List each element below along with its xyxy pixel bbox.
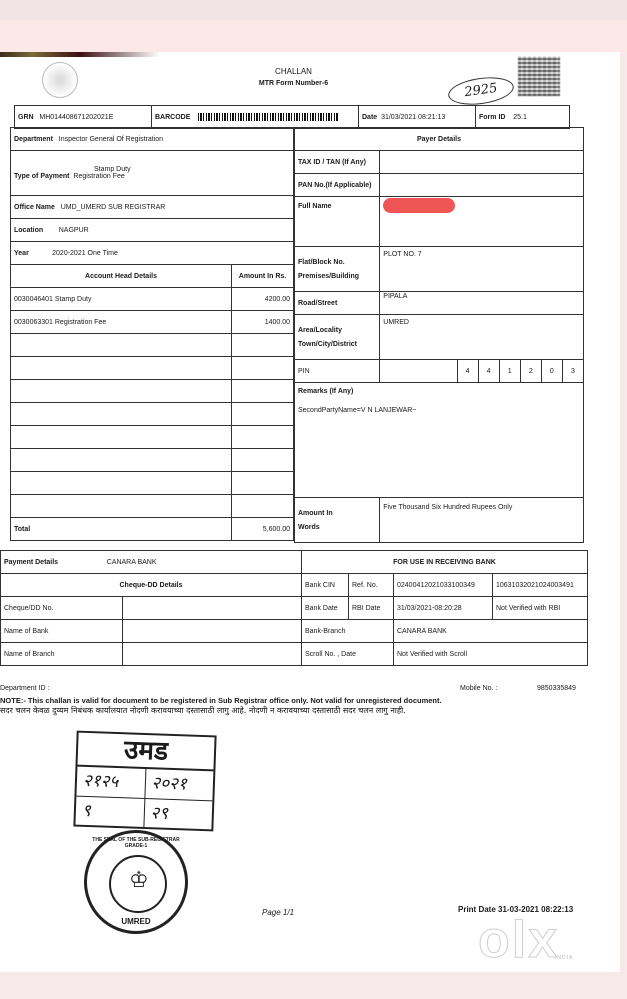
bank-name-value (123, 620, 302, 643)
grn-value: MH014408671202021E (39, 114, 113, 121)
barcode-label: BARCODE (155, 114, 190, 121)
payment-type-row: Stamp Duty Type of Payment Registration … (11, 151, 294, 196)
sub-registrar-seal: THE SEAL OF THE SUB-REGISTRAR GRADE-1 ♔ … (84, 830, 188, 934)
grn-cell: GRN MH014408671202021E (15, 106, 152, 129)
cheque-dd-title: Cheque-DD Details (1, 574, 302, 597)
full-name-value (380, 197, 584, 247)
location-row: Location NAGPUR (11, 219, 294, 242)
empty-row (11, 495, 294, 518)
payment-details-table: Payment Details CANARA BANK FOR USE IN R… (0, 550, 588, 666)
stamp-row: ९ २९ (75, 797, 212, 831)
pin-digit: 1 (499, 360, 520, 383)
total-value: 5,600.00 (232, 518, 294, 541)
area-town-label: Area/Locality Town/City/District (295, 315, 380, 360)
account-amount: 1400.00 (232, 311, 294, 334)
tax-id-value (380, 151, 584, 174)
location-label: Location (14, 227, 43, 234)
empty-row (11, 449, 294, 472)
office-stamp: उमड २१२५ २०२१ ९ २९ (73, 731, 216, 832)
pink-band (0, 20, 627, 52)
page-number: Page 1/1 (262, 908, 294, 917)
account-row: 0030063301 Registration Fee 1400.00 (11, 311, 294, 334)
pin-digit: 4 (457, 360, 478, 383)
location-value: NAGPUR (59, 227, 89, 234)
stamp-row: २१२५ २०२१ (76, 767, 213, 802)
date-label: Date (362, 114, 377, 121)
total-label: Total (11, 518, 232, 541)
cheque-no-value (123, 597, 302, 620)
paper-edge-shadow (0, 52, 160, 57)
remarks-label: Remarks (If Any) (298, 388, 580, 395)
payer-details-table: Payer Details TAX ID / TAN (If Any) PAN … (294, 127, 584, 543)
full-name-label: Full Name (295, 197, 380, 247)
department-id-label: Department ID : (0, 685, 49, 692)
challan-title: CHALLAN (0, 67, 607, 76)
office-label: Office Name (14, 204, 55, 211)
town-label: Town/City/District (298, 341, 376, 348)
scroll-label: Scroll No. , Date (302, 643, 394, 666)
pan-label: PAN No.(If Applicable) (295, 174, 380, 197)
payment-details-label: Payment Details (4, 559, 58, 566)
stamp-cell: २०२१ (145, 769, 213, 800)
amount-words-value: Five Thousand Six Hundred Rupees Only (380, 498, 584, 543)
empty-row (11, 357, 294, 380)
bank-date-label: Bank Date (302, 597, 349, 620)
pin-label: PIN (295, 360, 380, 383)
bank-date-value: 31/03/2021-08:20:28 (394, 597, 493, 620)
qr-code-icon (518, 56, 560, 96)
stamp-cell: २९ (144, 799, 212, 830)
stamp-heading: उमड (77, 733, 214, 772)
form-number: MTR Form Number-6 (0, 80, 607, 87)
account-row: 0030046401 Stamp Duty 4200.00 (11, 288, 294, 311)
empty-row (11, 472, 294, 495)
grn-label: GRN (18, 114, 34, 121)
office-row: Office Name UMD_UMERD SUB REGISTRAR (11, 196, 294, 219)
pan-value (380, 174, 584, 197)
seal-bottom-text: UMRED (87, 917, 185, 926)
ashoka-emblem-icon: ♔ (129, 867, 149, 893)
flat-label: Flat/Block No. (298, 259, 376, 266)
olx-watermark-region: INDIA (555, 955, 573, 961)
payment-type-label: Type of Payment (14, 173, 70, 180)
road-value: PIPALA (380, 292, 584, 315)
payment-details-row: Payment Details CANARA BANK (1, 551, 302, 574)
ref-no-1: 02400412021033100349 (394, 574, 493, 597)
form-id-value: 25.1 (513, 114, 527, 121)
pin-digit: 0 (541, 360, 562, 383)
year-label: Year (14, 250, 29, 257)
department-row: Department Inspector General Of Registra… (11, 128, 294, 151)
stamp-cell: ९ (75, 797, 144, 828)
bank-branch-label: Bank-Branch (302, 620, 394, 643)
year-value: 2020-2021 One Time (52, 250, 118, 257)
office-value: UMD_UMERD SUB REGISTRAR (61, 204, 166, 211)
bank-name-label: Name of Bank (1, 620, 123, 643)
form-id-cell: Form ID 25.1 (476, 106, 570, 129)
empty-row (11, 426, 294, 449)
amount-words-label: Amount In Words (295, 498, 380, 543)
pin-digit: 4 (478, 360, 499, 383)
pin-row: PIN 4 4 1 2 0 3 (295, 360, 584, 383)
mobile-label: Mobile No. : (460, 685, 497, 692)
empty-row (11, 334, 294, 357)
area-label: Area/Locality (298, 327, 376, 334)
olx-watermark-icon: olx (478, 910, 559, 970)
remarks-cell: Remarks (If Any) SecondPartyName=V N LAN… (295, 383, 584, 498)
tax-id-label: TAX ID / TAN (If Any) (295, 151, 380, 174)
rbi-date-value: Not Verified with RBI (493, 597, 588, 620)
ref-no-label: Ref. No. (349, 574, 394, 597)
payer-details-title: Payer Details (295, 128, 584, 151)
account-amount: 4200.00 (232, 288, 294, 311)
top-bar (0, 0, 627, 20)
flat-value: PLOT NO. 7 (380, 247, 584, 292)
top-row-table: GRN MH014408671202021E BARCODE Date 31/0… (14, 105, 570, 129)
account-head: 0030063301 Registration Fee (11, 311, 232, 334)
payment-bank: CANARA BANK (107, 559, 157, 566)
ref-no-2: 10631032021024003491 (493, 574, 588, 597)
date-cell: Date 31/03/2021 08:21:13 (359, 106, 476, 129)
rbi-date-label: RBI Date (349, 597, 394, 620)
total-row: Total 5,600.00 (11, 518, 294, 541)
barcode-icon (198, 113, 338, 121)
seal-top-text: THE SEAL OF THE SUB-REGISTRAR GRADE-1 (87, 837, 185, 849)
payment-type-2: Registration Fee (73, 173, 124, 180)
road-label: Road/Street (295, 292, 380, 315)
department-value: Inspector General Of Registration (59, 136, 163, 143)
left-details-table: Department Inspector General Of Registra… (10, 127, 294, 541)
pin-digit: 2 (520, 360, 541, 383)
pin-digit: 3 (562, 360, 583, 383)
scroll-value: Not Verified with Scroll (394, 643, 588, 666)
flat-premises-label: Flat/Block No. Premises/Building (295, 247, 380, 292)
amount-in-label: Amount In (298, 510, 376, 517)
area-value: UMRED (380, 315, 584, 360)
bank-cin-label: Bank CIN (302, 574, 349, 597)
empty-row (11, 403, 294, 426)
branch-name-label: Name of Branch (1, 643, 123, 666)
bank-branch-value: CANARA BANK (394, 620, 588, 643)
barcode-cell: BARCODE (152, 106, 359, 129)
note-english: NOTE:- This challan is valid for documen… (0, 696, 620, 705)
stamp-cell: २१२५ (76, 767, 145, 798)
cheque-no-label: Cheque/DD No. (1, 597, 123, 620)
redacted-name (383, 198, 455, 213)
receiving-bank-title: FOR USE IN RECEIVING BANK (302, 551, 588, 574)
department-label: Department (14, 136, 53, 143)
year-row: Year 2020-2021 One Time (11, 242, 294, 265)
premises-label: Premises/Building (298, 273, 376, 280)
date-value: 31/03/2021 08:21:13 (381, 114, 445, 121)
empty-row (11, 380, 294, 403)
account-head: 0030046401 Stamp Duty (11, 288, 232, 311)
words-label: Words (298, 524, 376, 531)
form-id-label: Form ID (479, 114, 505, 121)
payment-type-1: Stamp Duty (14, 166, 290, 173)
bottom-band (0, 972, 627, 999)
note-marathi: सदर चलन केवळ दुय्यम निबंधक कार्यालयात नो… (0, 705, 600, 716)
mobile-value: 9850335849 (537, 685, 576, 692)
branch-name-value (123, 643, 302, 666)
account-head-header: Account Head Details (11, 265, 232, 288)
pin-blank (380, 360, 457, 383)
amount-header: Amount In Rs. (232, 265, 294, 288)
remarks-value: SecondPartyName=V N LANJEWAR~ (298, 407, 580, 414)
seal-inner-ring: ♔ (109, 855, 167, 913)
